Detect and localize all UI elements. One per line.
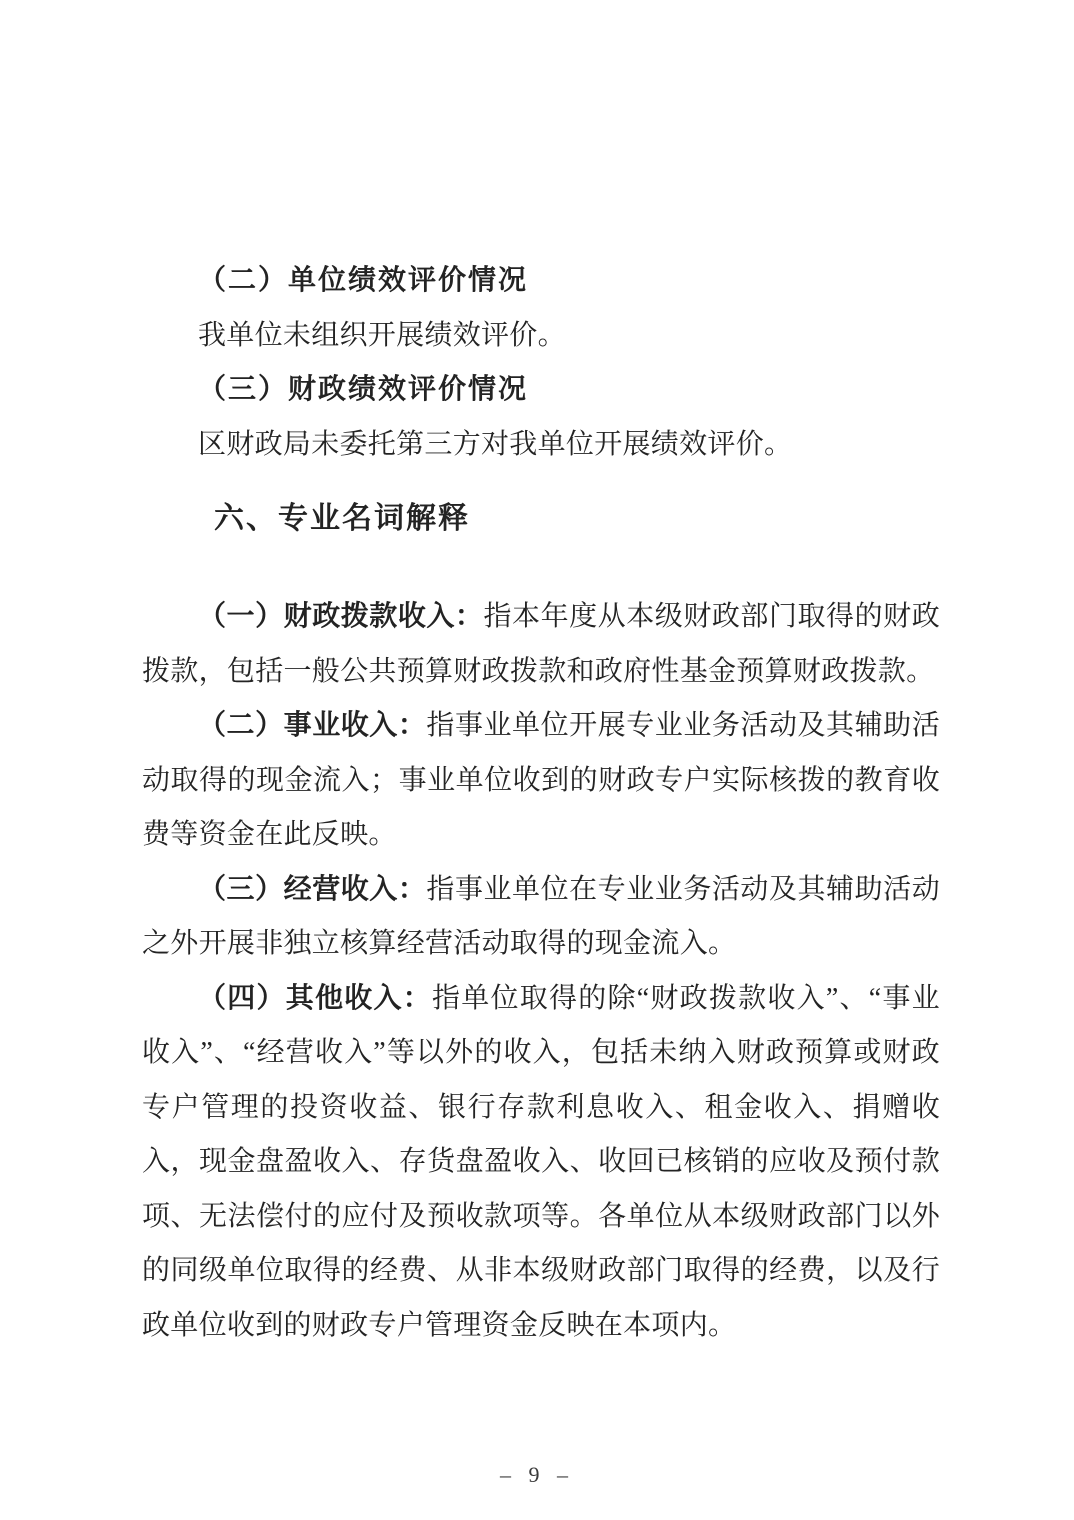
term-definition-fiscal-appropriation-income: （一）财政拨款收入：指本年度从本级财政部门取得的财政拨款，包括一般公共预算财政拨… xyxy=(142,590,940,699)
term-lead: （二）事业收入： xyxy=(198,710,426,741)
term-lead: （一）财政拨款收入： xyxy=(198,601,483,632)
term-definition-operating-income: （二）事业收入：指事业单位开展专业业务活动及其辅助活动取得的现金流入；事业单位收… xyxy=(142,699,940,863)
term-lead: （四）其他收入： xyxy=(198,983,432,1014)
section-heading-terminology: 六、专业名词解释 xyxy=(142,502,940,536)
document-body: （二）单位绩效评价情况 我单位未组织开展绩效评价。 （三）财政绩效评价情况 区财… xyxy=(142,254,940,1353)
subsection-heading-unit-performance-evaluation: （二）单位绩效评价情况 xyxy=(142,254,940,309)
paragraph-fiscal-evaluation: 区财政局未委托第三方对我单位开展绩效评价。 xyxy=(142,418,940,473)
term-text: 指单位取得的除“财政拨款收入”、“事业收入”、“经营收入”等以外的收入，包括未纳… xyxy=(142,983,940,1341)
term-definition-business-income: （三）经营收入：指事业单位在专业业务活动及其辅助活动之外开展非独立核算经营活动取… xyxy=(142,863,940,972)
subsection-heading-fiscal-performance-evaluation: （三）财政绩效评价情况 xyxy=(142,363,940,418)
page-number: – 9 – xyxy=(0,1462,1074,1488)
term-definition-other-income: （四）其他收入：指单位取得的除“财政拨款收入”、“事业收入”、“经营收入”等以外… xyxy=(142,972,940,1354)
document-page: （二）单位绩效评价情况 我单位未组织开展绩效评价。 （三）财政绩效评价情况 区财… xyxy=(0,0,1074,1520)
paragraph-unit-evaluation: 我单位未组织开展绩效评价。 xyxy=(142,309,940,364)
term-lead: （三）经营收入： xyxy=(198,874,426,905)
